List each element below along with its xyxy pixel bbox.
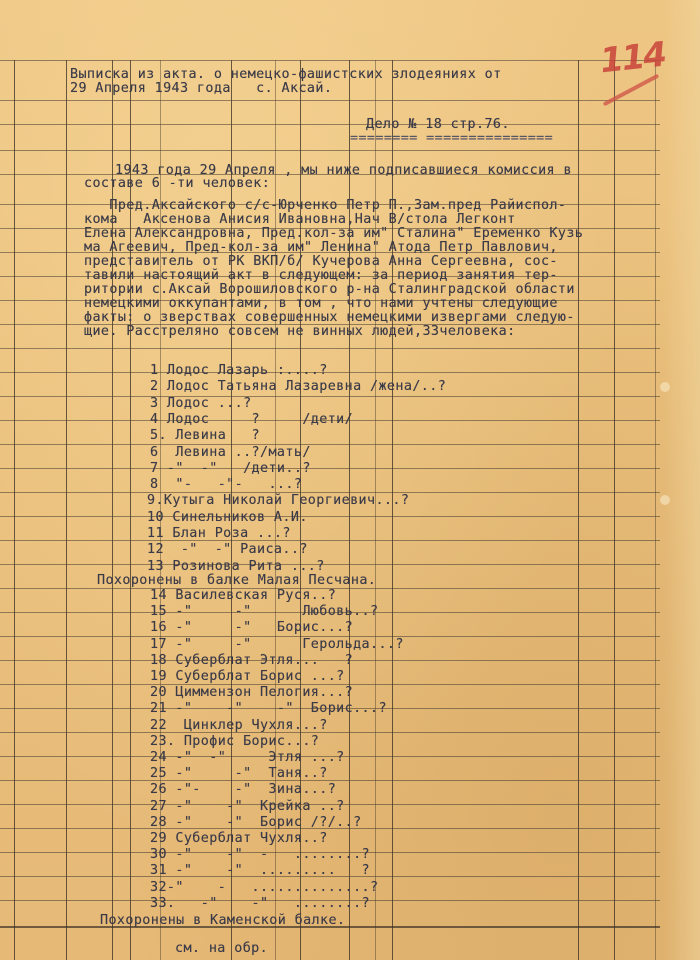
burial-note-1: Похоронены в балке Малая Песчана. — [97, 574, 376, 587]
victim-entry: 9.Кутыга Николай Георгиевич...? — [147, 494, 409, 507]
victim-entry: 11 Блан Роза ...? — [147, 527, 291, 540]
grid-line — [0, 516, 660, 517]
victim-entry: 33. -" -" ........? — [150, 897, 370, 910]
document-title-line1: Выписка из акта. о немецко-фашистских зл… — [70, 68, 502, 81]
victim-entry: 30 -" -" - ........? — [150, 848, 370, 861]
victim-entry: 27 -" -" Крейка ..? — [150, 800, 345, 813]
grid-line — [0, 348, 660, 349]
grid-line — [0, 124, 660, 125]
victim-entry: 31 -" -" ......... ? — [150, 864, 370, 877]
victim-entry: 18 Суберблат Этля... ? — [150, 654, 353, 667]
victim-entry: 14 Василевская Руся..? — [150, 589, 336, 602]
victim-entry: 20 Циммензон Пелогия...? — [150, 686, 353, 699]
victim-entry: 7 -" -" /дети..? — [150, 462, 311, 475]
case-reference-underline: ======== =============== — [350, 132, 553, 145]
victim-entry: 3 Лодос ...? — [150, 397, 252, 410]
grid-line — [0, 60, 660, 61]
victim-entry: 8 "- -"- ...? — [150, 478, 302, 491]
body-line: ритории с.Аксай Ворошиловского р-на Стал… — [84, 283, 575, 296]
victim-entry: 13 Розинова Рита ...? — [147, 560, 325, 573]
victim-entry: 1 Лодос Лазарь :....? — [150, 364, 328, 377]
burial-note-2: Похоронены в Каменской балке. — [100, 914, 345, 927]
victim-entry: 25 -" -" Таня..? — [150, 767, 328, 780]
grid-line — [0, 540, 660, 541]
victim-entry: 23. Профис Борис...? — [150, 735, 319, 748]
grid-line — [655, 60, 656, 960]
victim-entry: 12 -" -" Раиса..? — [147, 543, 308, 556]
body-line: представитель от РК ВКП/б/ Кучерова Анна… — [84, 255, 558, 268]
victim-entry: 22 Цинклер Чухля...? — [150, 719, 328, 732]
grid-line — [112, 60, 113, 960]
grid-line — [0, 100, 660, 101]
punch-hole — [660, 495, 670, 505]
grid-line — [66, 60, 67, 960]
victim-entry: 10 Синельников А.И. — [147, 511, 308, 524]
document-title-line2: 29 Апреля 1943 года с. Аксай. — [70, 82, 332, 95]
grid-line — [130, 60, 131, 960]
victim-entry: 16 -" -" Борис...? — [150, 621, 353, 634]
victim-entry: 2 Лодос Татьяна Лазаревна /жена/..? — [150, 380, 446, 393]
grid-line — [0, 732, 660, 733]
body-line: немецкими оккупантами, в том , что нами … — [84, 297, 558, 310]
victim-entry: 5. Левина ? — [150, 429, 260, 442]
victim-entry: 32-" - ..............? — [150, 881, 378, 894]
grid-line — [392, 60, 393, 960]
victim-entry: 6 Левина ..?/мать/ — [150, 446, 311, 459]
body-line: тавили настоящий акт в следующем: за пер… — [84, 269, 558, 282]
body-line: Пред.Аксайского с/с-Юрченко Петр П.,Зам.… — [84, 199, 566, 212]
case-reference: Дело № 18 стр.76. — [366, 118, 510, 131]
victim-entry: 21 -" -" -" Борис...? — [150, 702, 387, 715]
victim-entry: 17 -" -" Герольда...? — [150, 638, 404, 651]
victim-entry: 29 Суберблат Чухля..? — [150, 832, 328, 845]
body-line: щие. Расстреляно совсем не винных людей,… — [84, 325, 516, 338]
archival-document-page: 114 Выписка из акта. о немецко-фашистски… — [0, 0, 700, 960]
grid-line — [0, 564, 660, 565]
paper-edge — [664, 0, 700, 960]
grid-line — [578, 60, 579, 960]
body-line: кома Аксенова Анисия Ивановна,Нач В/стол… — [84, 213, 516, 226]
grid-line — [0, 780, 660, 781]
grid-line — [0, 150, 660, 151]
body-line: Елена Александровна, Пред.кол-за им" Ста… — [84, 227, 583, 240]
victim-entry: 19 Суберблат Борис ...? — [150, 670, 345, 683]
grid-line — [0, 396, 660, 397]
punch-hole — [660, 382, 670, 392]
body-line: факты: о зверствах совершенных немецкими… — [84, 311, 575, 324]
body-line: составе 6 -ти человек: — [84, 177, 270, 190]
grid-line — [0, 444, 660, 445]
grid-line — [0, 372, 660, 373]
victim-entry: 15 -" -" Любовь..? — [150, 605, 378, 618]
victim-entry: 4 Лодос ? /дети/ — [150, 413, 353, 426]
see-reverse-note: см. на обр. — [175, 942, 268, 955]
grid-line — [614, 60, 615, 960]
body-line: ма Агеевич, Пред-кол-за им" Ленина" Атод… — [84, 241, 558, 254]
grid-line — [14, 60, 15, 960]
victim-entry: 28 -" -" Борис /?/..? — [150, 816, 362, 829]
victim-entry: 24 -" -" Этля ...? — [150, 751, 345, 764]
grid-line — [0, 468, 660, 469]
grid-line — [375, 60, 376, 960]
victim-entry: 26 -"- -" Зина...? — [150, 783, 336, 796]
